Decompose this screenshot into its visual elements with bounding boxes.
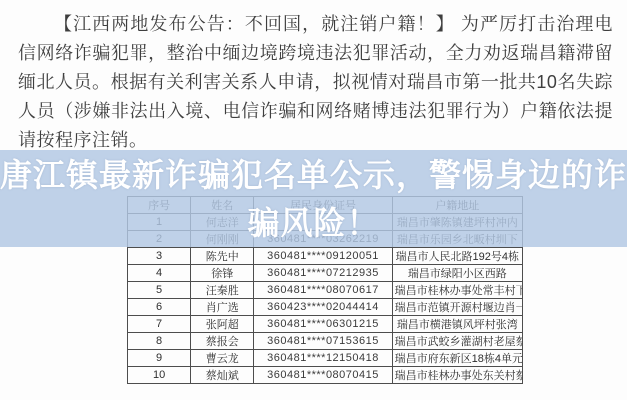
person-name: 曹云龙 bbox=[191, 350, 254, 367]
person-name: 徐锋 bbox=[191, 265, 254, 282]
table-row: 7张阿超360481****06301215瑞昌市横港镇风坪村张湾 bbox=[128, 316, 523, 333]
id-number: 360481****07212935 bbox=[254, 265, 392, 282]
table-row: 4徐锋360481****07212935瑞昌市绿阳小区西路 bbox=[128, 265, 523, 282]
household-address: 瑞昌市范镇开源村堰边肖一组 bbox=[392, 299, 522, 316]
table-row: 6肖广选360423****02044414瑞昌市范镇开源村堰边肖一组 bbox=[128, 299, 523, 316]
household-address: 瑞昌市府东新区18栋4单元 bbox=[392, 350, 522, 367]
headline-text: 唐江镇最新诈骗犯名单公示，警惕身边的诈骗风险！ bbox=[0, 151, 627, 247]
person-name: 陈先中 bbox=[191, 248, 254, 265]
person-name: 蔡灿斌 bbox=[191, 367, 254, 384]
row-index: 10 bbox=[128, 367, 191, 384]
household-address: 瑞昌市桂林办事处常丰村下汪 bbox=[392, 282, 522, 299]
household-address: 瑞昌市武蛟乡灌湖村老屋蔡四组 bbox=[392, 333, 522, 350]
row-index: 4 bbox=[128, 265, 191, 282]
id-number: 360423****02044414 bbox=[254, 299, 392, 316]
person-name: 汪秦胜 bbox=[191, 282, 254, 299]
table-row: 10蔡灿斌360481****08070415瑞昌市桂林办事处东关村蔡家 bbox=[128, 367, 523, 384]
household-address: 瑞昌市绿阳小区西路 bbox=[392, 265, 522, 282]
household-address: 瑞昌市横港镇风坪村张湾 bbox=[392, 316, 522, 333]
id-number: 360481****07153615 bbox=[254, 333, 392, 350]
table-row: 8蔡报会360481****07153615瑞昌市武蛟乡灌湖村老屋蔡四组 bbox=[128, 333, 523, 350]
row-index: 8 bbox=[128, 333, 191, 350]
id-number: 360481****12150418 bbox=[254, 350, 392, 367]
headline-overlay: 唐江镇最新诈骗犯名单公示，警惕身边的诈骗风险！ bbox=[0, 150, 627, 247]
person-name: 张阿超 bbox=[191, 316, 254, 333]
id-number: 360481****09120051 bbox=[254, 248, 392, 265]
table-row: 3陈先中360481****09120051瑞昌市人民北路192号4栋 bbox=[128, 248, 523, 265]
id-number: 360481****08070415 bbox=[254, 367, 392, 384]
person-name: 肖广选 bbox=[191, 299, 254, 316]
household-address: 瑞昌市桂林办事处东关村蔡家 bbox=[392, 367, 522, 384]
row-index: 3 bbox=[128, 248, 191, 265]
household-address: 瑞昌市人民北路192号4栋 bbox=[392, 248, 522, 265]
table-row: 5汪秦胜360481****08070617瑞昌市桂林办事处常丰村下汪 bbox=[128, 282, 523, 299]
table-row: 9曹云龙360481****12150418瑞昌市府东新区18栋4单元 bbox=[128, 350, 523, 367]
id-number: 360481****08070617 bbox=[254, 282, 392, 299]
id-number: 360481****06301215 bbox=[254, 316, 392, 333]
person-name: 蔡报会 bbox=[191, 333, 254, 350]
article-page: 【江西两地发布公告：不回国，就注销户籍！】 为严厉打击治理电信网络诈骗犯罪，整治… bbox=[0, 0, 627, 400]
row-index: 5 bbox=[128, 282, 191, 299]
row-index: 9 bbox=[128, 350, 191, 367]
intro-paragraph: 【江西两地发布公告：不回国，就注销户籍！】 为严厉打击治理电信网络诈骗犯罪，整治… bbox=[18, 10, 613, 155]
row-index: 6 bbox=[128, 299, 191, 316]
row-index: 7 bbox=[128, 316, 191, 333]
